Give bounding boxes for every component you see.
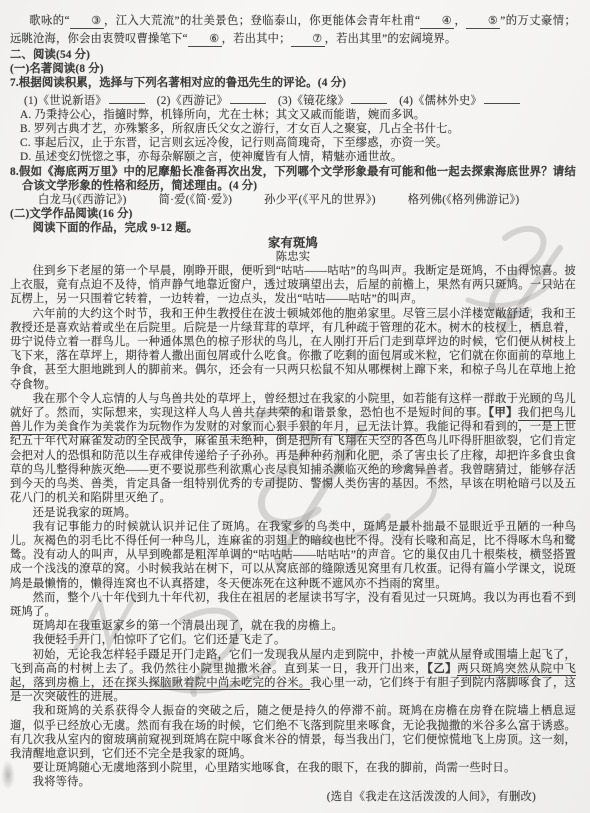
answer-blank: ⑦ xyxy=(291,34,325,47)
article-paragraph: 初始，无论我怎样轻手蹑足开门走路，它们一发现我从屋内走到院中，扑棱一声就从屋脊或… xyxy=(10,648,576,705)
q8-choice: 白龙马(《西游记》) xyxy=(38,193,127,207)
page-content: 歌咏的“③，江入大荒流”的壮美景色；登临泰山，你更能体会青年杜甫“④，⑤”的万丈… xyxy=(0,0,590,813)
answer-blank xyxy=(230,91,266,104)
part2-title: (二)文学作品阅读(16 分) xyxy=(10,207,576,221)
article-paragraph: 我有记事能力的时候就认识并记住了斑鸠。在我家乡的鸟类中，斑鸠是最朴拙最不显眼近乎… xyxy=(10,520,576,591)
book-title: (3)《镜花缘》 xyxy=(278,95,349,107)
article-paragraph: 斑鸠却在我重返家乡的第一个清晨出现了，就在我的房檐上。 xyxy=(10,619,576,633)
text-run: ，江入大荒流”的壮美景色；登临泰山，你更能体会青年杜甫“ xyxy=(104,15,421,27)
text-run: 六年前的大约这个时节，我和王仲生教授住在波士顿城郊他的胞弟家里。尽管三层小洋楼宽… xyxy=(10,308,576,391)
answer-blank: ⑤ xyxy=(466,16,500,29)
article-author: 陈忠实 xyxy=(10,250,576,264)
article-body: 住到乡下老屋的第一个早晨，刚睁开眼，便听到“咕咕——咕咕”的鸟叫声。我断定是斑鸠… xyxy=(10,264,576,790)
text-run: 歌咏的“ xyxy=(29,15,69,27)
dictation-paragraph: 歌咏的“③，江入大荒流”的壮美景色；登临泰山，你更能体会青年杜甫“④，⑤”的万丈… xyxy=(10,12,576,48)
article-paragraph: 要让斑鸠随心无虞地落到小院里，心里踏实地啄食，在我的眼下，在我的脚前，尚需一些时… xyxy=(10,761,576,775)
article-paragraph: 我和斑鸠的关系获得令人振奋的突破之后，随之便是持久的停滞不前。斑鸠在房檐在房脊在… xyxy=(10,704,576,761)
article-title: 家有斑鸠 xyxy=(10,236,576,250)
section-reading-title: 二、阅读(54 分) xyxy=(10,48,576,62)
text-run: 我能记得和看到的，一是上世纪五十年代对麻雀发动的全民战争，麻雀虽未绝种，倒是把所… xyxy=(10,421,576,504)
answer-blank xyxy=(109,91,145,104)
text-run: ，若出其里”的宏阔境界。 xyxy=(325,33,457,45)
article-paragraph: 住到乡下老屋的第一个早晨，刚睁开眼，便听到“咕咕——咕咕”的鸟叫声。我断定是斑鸠… xyxy=(10,264,576,307)
q8-choice: 简·爱(《简·爱》) xyxy=(159,193,233,207)
book-title: (1)《世说新语》 xyxy=(24,95,107,107)
q8-choices-row: 白龙马(《西游记》)简·爱(《简·爱》)孙少平(《平凡的世界》)格列佛(《格列佛… xyxy=(10,193,576,207)
article-paragraph: 我便轻手开门，怕惊吓了它们。它们还是飞走了。 xyxy=(10,633,576,647)
part1-famous-works-title: (一)名著阅读(8 分) xyxy=(10,62,576,76)
book-title: (2)《西游记》 xyxy=(157,95,228,107)
text-run: 要让斑鸠随心无虞地落到小院里，心里踏实地啄食，在我的眼下，在我的脚前，尚需一些时… xyxy=(33,762,516,774)
article-paragraph: 还是说我家的斑鸠。 xyxy=(10,506,576,520)
q7-option: B. 罗列古典才艺，亦殊繁多，所叙唐氏父女之游行，才女百人之聚宴，几占全书什七。 xyxy=(10,122,576,136)
article-paragraph: 我将等待。 xyxy=(10,775,576,789)
book-title: (4)《儒林外史》 xyxy=(399,95,482,107)
q7-option: C. 事起后汉，止于东晋，记言则玄远冷俊，记行则高简瑰奇，下至缪惑，亦资一笑。 xyxy=(10,136,576,150)
text-run: 还是说我家的斑鸠。 xyxy=(33,507,136,519)
exam-page: 歌咏的“③，江入大荒流”的壮美景色；登临泰山，你更能体会青年杜甫“④，⑤”的万丈… xyxy=(0,0,590,813)
answer-blank: ④ xyxy=(420,16,454,29)
text-run: 我便轻手开门，怕惊吓了它们。它们还是飞走了。 xyxy=(33,634,286,646)
article-paragraph: 我在那个令人忘情的人与鸟兽共处的草坪上，曾经想过在我家的小院里，如若能有这样一群… xyxy=(10,392,576,506)
q7-option: D. 虽述变幻恍惚之事，亦每杂解颐之言，使神魔皆有人情，精魅亦通世故。 xyxy=(10,150,576,164)
marker-label: 【乙】 xyxy=(427,663,457,675)
answer-blank xyxy=(351,91,387,104)
q7-options: A. 乃秉持公心，指擿时弊，机锋所向，尤在士林；其文又戚而能谐，婉而多讽。B. … xyxy=(10,108,576,165)
text-run: ，若出其中； xyxy=(222,33,291,45)
text-run: 我有记事能力的时候就认识并记住了斑鸠。在我家乡的鸟类中，斑鸠是最朴拙最不显眼近乎… xyxy=(10,521,576,590)
q7-stem: 7.根据阅读积累，选择与下列名著相对应的鲁迅先生的评论。(4 分) xyxy=(10,76,576,90)
text-run: 我和斑鸠的关系获得令人振奋的突破之后，随之便是持久的停滞不前。斑鸠在房檐在房脊在… xyxy=(10,705,576,760)
text-run: 然而，整个八十年代到九十年代初，我住在祖居的老屋读书写字，没有看见过一只斑鸠。我… xyxy=(10,592,576,618)
answer-blank: ③ xyxy=(70,16,104,29)
article-paragraph: 然而，整个八十年代到九十年代初，我住在祖居的老屋读书写字，没有看见过一只斑鸠。我… xyxy=(10,591,576,619)
part2-instruction: 阅读下面的作品，完成 9-12 题。 xyxy=(10,221,576,235)
article-paragraph: 六年前的大约这个时节，我和王仲生教授住在波士顿城郊他的胞弟家里。尽管三层小洋楼宽… xyxy=(10,307,576,392)
q7-option: A. 乃秉持公心，指擿时弊，机锋所向，尤在士林；其文又戚而能谐，婉而多讽。 xyxy=(10,108,576,122)
answer-blank: ⑥ xyxy=(188,34,222,47)
q8-choice: 格列佛(《格列佛游记》) xyxy=(408,193,520,207)
text-run: ， xyxy=(454,15,466,27)
text-run: 我将等待。 xyxy=(33,776,91,788)
q7-books-row: (1)《世说新语》(2)《西游记》(3)《镜花缘》(4)《儒林外史》 xyxy=(10,91,576,108)
text-run: 住到乡下老屋的第一个早晨，刚睁开眼，便听到“咕咕——咕咕”的鸟叫声。我断定是斑鸠… xyxy=(10,265,576,305)
q8-stem: 8.假如《海底两万里》中的尼摩船长准备再次出发，下列哪个文学形象最有可能和他一起… xyxy=(10,165,576,193)
article-source: (选自《我走在这活泼泼的人间》，有删改) xyxy=(10,790,576,804)
answer-blank xyxy=(484,91,520,104)
marker-label: 【甲】 xyxy=(488,407,517,419)
text-run: 斑鸠却在我重返家乡的第一个清晨出现了，就在我的房檐上。 xyxy=(33,620,343,632)
q8-choice: 孙少平(《平凡的世界》) xyxy=(264,193,376,207)
